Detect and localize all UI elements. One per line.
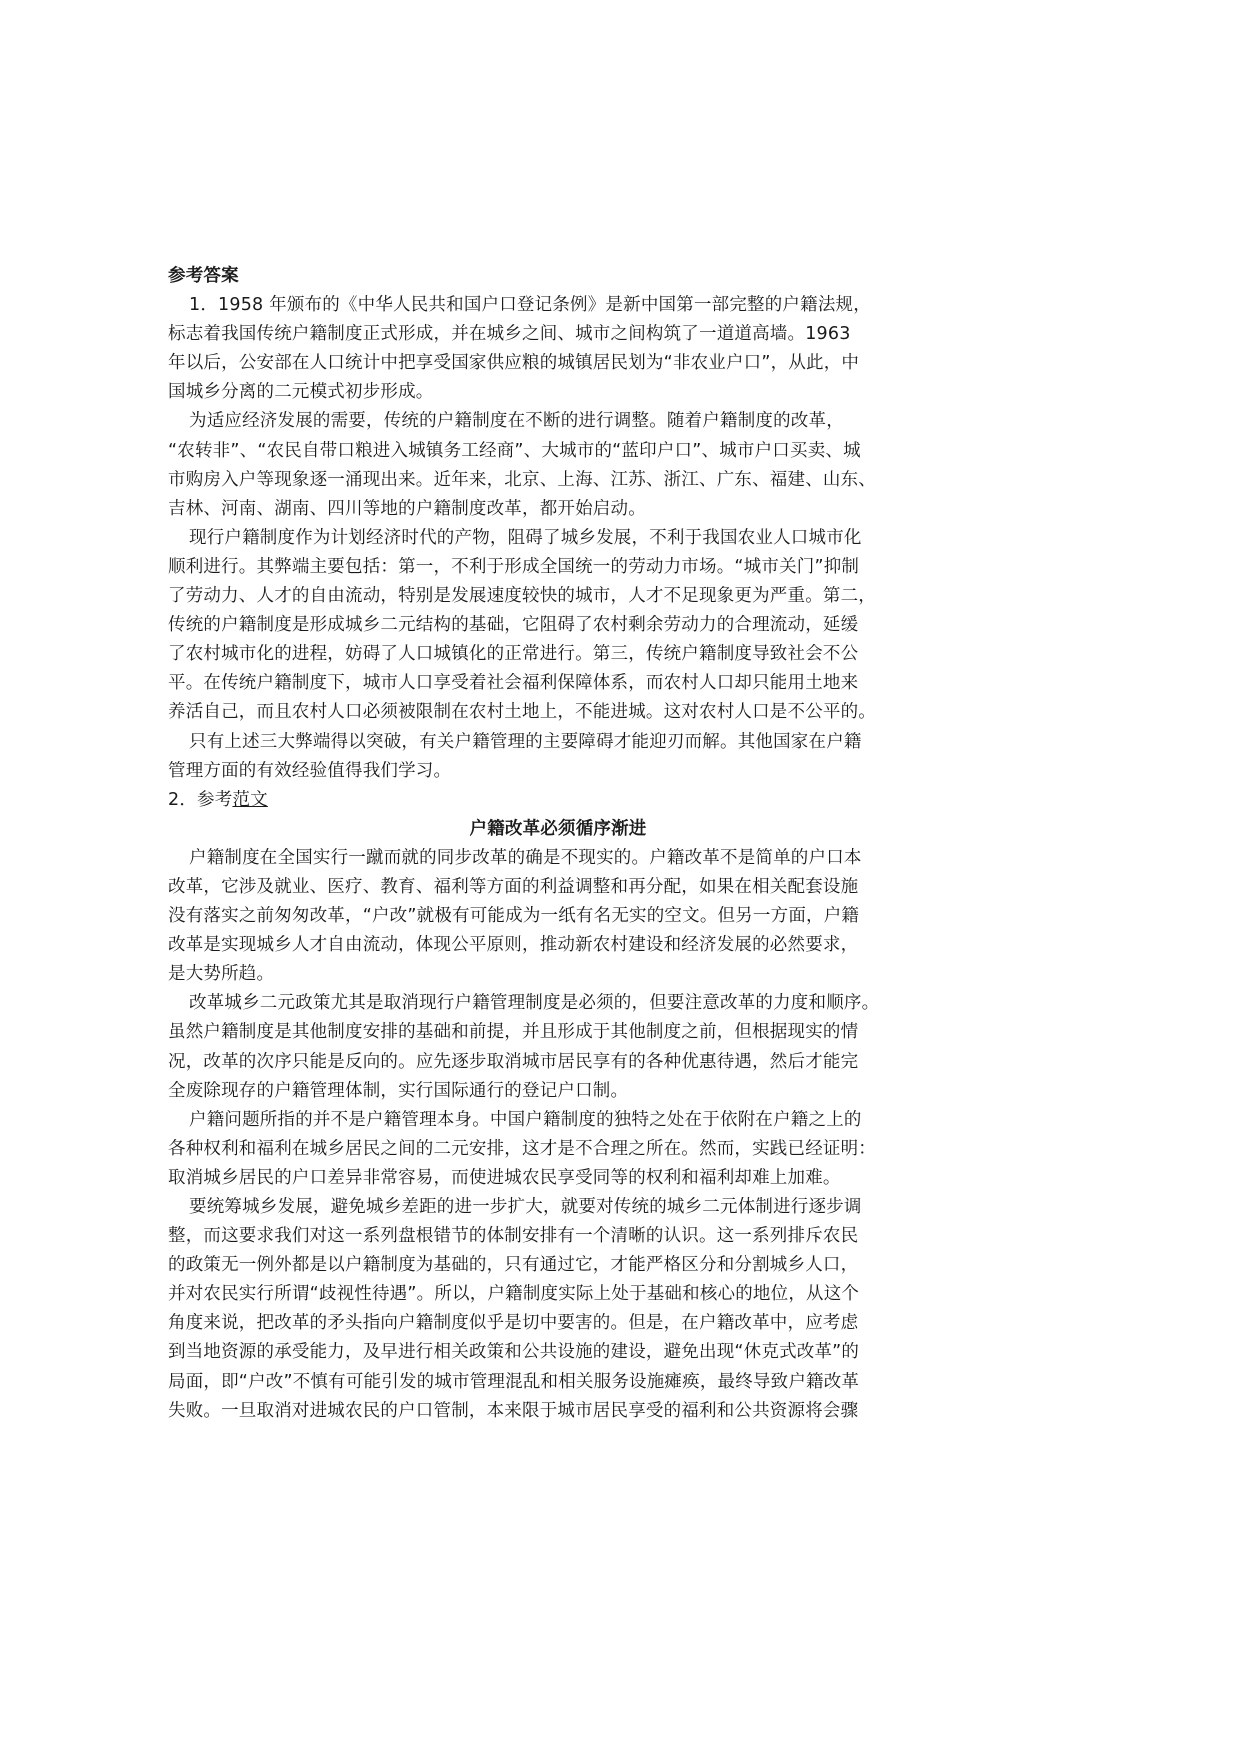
document-page: 参考答案 1．1958 年颁布的《中华人民共和国户口登记条例》是新中国第一部完整… xyxy=(168,262,948,1426)
paragraph-line: 吉林、河南、湖南、四川等地的户籍制度改革，都开始启动。 xyxy=(168,495,948,524)
paragraph-line: 各种权利和福利在城乡居民之间的二元安排，这才是不合理之所在。然而，实践已经证明： xyxy=(168,1135,948,1164)
paragraph-line: 顺利进行。其弊端主要包括：第一，不利于形成全国统一的劳动力市场。“城市关门”抑制 xyxy=(168,553,948,582)
paragraph-line: 并对农民实行所谓“歧视性待遇”。所以，户籍制度实际上处于基础和核心的地位，从这个 xyxy=(168,1280,948,1309)
answer-2-prefix: 2．参考 xyxy=(168,790,232,810)
paragraph-line: 标志着我国传统户籍制度正式形成，并在城乡之间、城市之间构筑了一道道高墙。1963 xyxy=(168,320,948,349)
paragraph-line: 虽然户籍制度是其他制度安排的基础和前提，并且形成于其他制度之前，但根据现实的情 xyxy=(168,1018,948,1047)
paragraph-line: 整，而这要求我们对这一系列盘根错节的体制安排有一个清晰的认识。这一系列排斥农民 xyxy=(168,1222,948,1251)
paragraph-line: 到当地资源的承受能力，及早进行相关政策和公共设施的建设，避免出现“休克式改革”的 xyxy=(168,1338,948,1367)
paragraph-line: 要统筹城乡发展，避免城乡差距的进一步扩大，就要对传统的城乡二元体制进行逐步调 xyxy=(168,1193,948,1222)
paragraph-line: 的政策无一例外都是以户籍制度为基础的，只有通过它，才能严格区分和分割城乡人口， xyxy=(168,1251,948,1280)
heading-reference-answers: 参考答案 xyxy=(168,262,948,291)
paragraph-line: 改革，它涉及就业、医疗、教育、福利等方面的利益调整和再分配，如果在相关配套设施 xyxy=(168,873,948,902)
essay-body: 户籍制度在全国实行一蹴而就的同步改革的确是不现实的。户籍改革不是简单的户口本 改… xyxy=(168,844,948,1426)
paragraph-line: 1．1958 年颁布的《中华人民共和国户口登记条例》是新中国第一部完整的户籍法规… xyxy=(168,291,948,320)
sample-essay-link[interactable]: 范文 xyxy=(232,790,267,810)
paragraph-line: “农转非”、“农民自带口粮进入城镇务工经商”、大城市的“蓝印户口”、城市户口买卖… xyxy=(168,437,948,466)
paragraph-line: 全废除现存的户籍管理体制，实行国际通行的登记户口制。 xyxy=(168,1077,948,1106)
paragraph-line: 管理方面的有效经验值得我们学习。 xyxy=(168,757,948,786)
paragraph-line: 改革是实现城乡人才自由流动，体现公平原则，推动新农村建设和经济发展的必然要求， xyxy=(168,931,948,960)
paragraph-line: 国城乡分离的二元模式初步形成。 xyxy=(168,378,948,407)
paragraph-line: 市购房入户等现象逐一涌现出来。近年来，北京、上海、江苏、浙江、广东、福建、山东、 xyxy=(168,466,948,495)
paragraph-line: 传统的户籍制度是形成城乡二元结构的基础，它阻碍了农村剩余劳动力的合理流动，延缓 xyxy=(168,611,948,640)
paragraph-line: 局面，即“户改”不慎有可能引发的城市管理混乱和相关服务设施瘫痪，最终导致户籍改革 xyxy=(168,1368,948,1397)
paragraph-line: 改革城乡二元政策尤其是取消现行户籍管理制度是必须的，但要注意改革的力度和顺序。 xyxy=(168,989,948,1018)
paragraph-line: 没有落实之前匆匆改革，“户改”就极有可能成为一纸有名无实的空文。但另一方面，户籍 xyxy=(168,902,948,931)
paragraph-line: 养活自己，而且农村人口必须被限制在农村土地上，不能进城。这对农村人口是不公平的。 xyxy=(168,698,948,727)
paragraph-line: 年以后，公安部在人口统计中把享受国家供应粮的城镇居民划为“非农业户口”，从此，中 xyxy=(168,349,948,378)
paragraph-line: 户籍问题所指的并不是户籍管理本身。中国户籍制度的独特之处在于依附在户籍之上的 xyxy=(168,1106,948,1135)
paragraph-line: 为适应经济发展的需要，传统的户籍制度在不断的进行调整。随着户籍制度的改革， xyxy=(168,407,948,436)
paragraph-line: 了农村城市化的进程，妨碍了人口城镇化的正常进行。第三，传统户籍制度导致社会不公 xyxy=(168,640,948,669)
paragraph-line: 平。在传统户籍制度下，城市人口享受着社会福利保障体系，而农村人口却只能用土地来 xyxy=(168,669,948,698)
paragraph-line: 现行户籍制度作为计划经济时代的产物，阻碍了城乡发展，不利于我国农业人口城市化 xyxy=(168,524,948,553)
answer-2-label: 2．参考范文 xyxy=(168,786,948,815)
essay-title: 户籍改革必须循序渐进 xyxy=(168,815,948,844)
paragraph-line: 户籍制度在全国实行一蹴而就的同步改革的确是不现实的。户籍改革不是简单的户口本 xyxy=(168,844,948,873)
paragraph-line: 况，改革的次序只能是反向的。应先逐步取消城市居民享有的各种优惠待遇，然后才能完 xyxy=(168,1048,948,1077)
paragraph-line: 是大势所趋。 xyxy=(168,960,948,989)
paragraph-line: 失败。一旦取消对进城农民的户口管制，本来限于城市居民享受的福利和公共资源将会骤 xyxy=(168,1397,948,1426)
paragraph-line: 只有上述三大弊端得以突破，有关户籍管理的主要障碍才能迎刃而解。其他国家在户籍 xyxy=(168,728,948,757)
paragraph-line: 角度来说，把改革的矛头指向户籍制度似乎是切中要害的。但是，在户籍改革中，应考虑 xyxy=(168,1309,948,1338)
paragraph-line: 取消城乡居民的户口差异非常容易，而使进城农民享受同等的权利和福利却难上加难。 xyxy=(168,1164,948,1193)
paragraph-line: 了劳动力、人才的自由流动，特别是发展速度较快的城市，人才不足现象更为严重。第二， xyxy=(168,582,948,611)
answer-1-section: 1．1958 年颁布的《中华人民共和国户口登记条例》是新中国第一部完整的户籍法规… xyxy=(168,291,948,786)
